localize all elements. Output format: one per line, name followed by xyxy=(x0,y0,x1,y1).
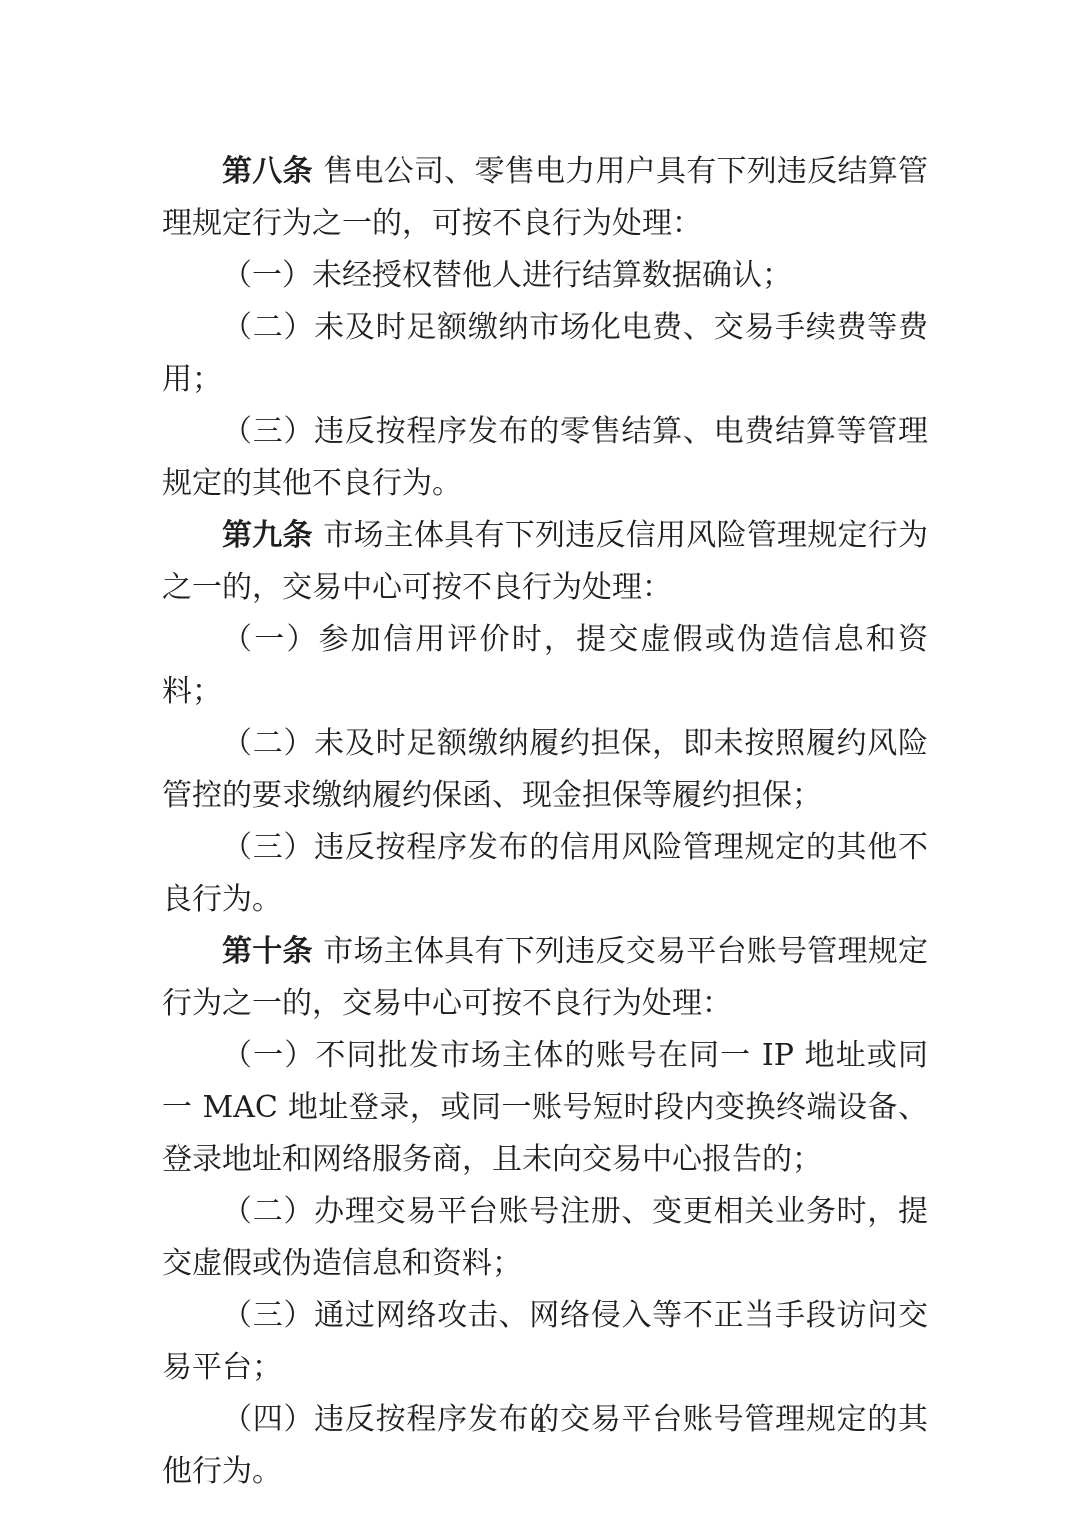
page-number: 4 xyxy=(0,1406,1080,1446)
article-10-item-1: （一）不同批发市场主体的账号在同一 IP 地址或同一 MAC 地址登录，或同一账… xyxy=(162,1030,928,1186)
article-8-item-2: （二）未及时足额缴纳市场化电费、交易手续费等费用； xyxy=(162,302,928,406)
document-page: 第八条售电公司、零售电力用户具有下列违反结算管理规定行为之一的，可按不良行为处理… xyxy=(0,0,1080,1527)
article-10-item-3: （三）通过网络攻击、网络侵入等不正当手段访问交易平台； xyxy=(162,1290,928,1394)
article-8-intro-paragraph: 第八条售电公司、零售电力用户具有下列违反结算管理规定行为之一的，可按不良行为处理… xyxy=(162,146,928,250)
article-9: 第九条市场主体具有下列违反信用风险管理规定行为之一的，交易中心可按不良行为处理：… xyxy=(162,510,928,926)
article-9-item-3: （三）违反按程序发布的信用风险管理规定的其他不良行为。 xyxy=(162,822,928,926)
article-10-item-2: （二）办理交易平台账号注册、变更相关业务时，提交虚假或伪造信息和资料； xyxy=(162,1186,928,1290)
document-body: 第八条售电公司、零售电力用户具有下列违反结算管理规定行为之一的，可按不良行为处理… xyxy=(162,146,928,1498)
article-9-item-1: （一）参加信用评价时，提交虚假或伪造信息和资料； xyxy=(162,614,928,718)
article-9-intro-paragraph: 第九条市场主体具有下列违反信用风险管理规定行为之一的，交易中心可按不良行为处理： xyxy=(162,510,928,614)
article-9-item-2: （二）未及时足额缴纳履约担保，即未按照履约风险管控的要求缴纳履约保函、现金担保等… xyxy=(162,718,928,822)
article-10-heading: 第十条 xyxy=(222,934,313,969)
article-10-intro-paragraph: 第十条市场主体具有下列违反交易平台账号管理规定行为之一的，交易中心可按不良行为处… xyxy=(162,926,928,1030)
article-9-heading: 第九条 xyxy=(222,518,313,553)
article-8-heading: 第八条 xyxy=(222,154,313,189)
article-8: 第八条售电公司、零售电力用户具有下列违反结算管理规定行为之一的，可按不良行为处理… xyxy=(162,146,928,510)
article-8-item-3: （三）违反按程序发布的零售结算、电费结算等管理规定的其他不良行为。 xyxy=(162,406,928,510)
article-8-item-1: （一）未经授权替他人进行结算数据确认； xyxy=(162,250,928,302)
